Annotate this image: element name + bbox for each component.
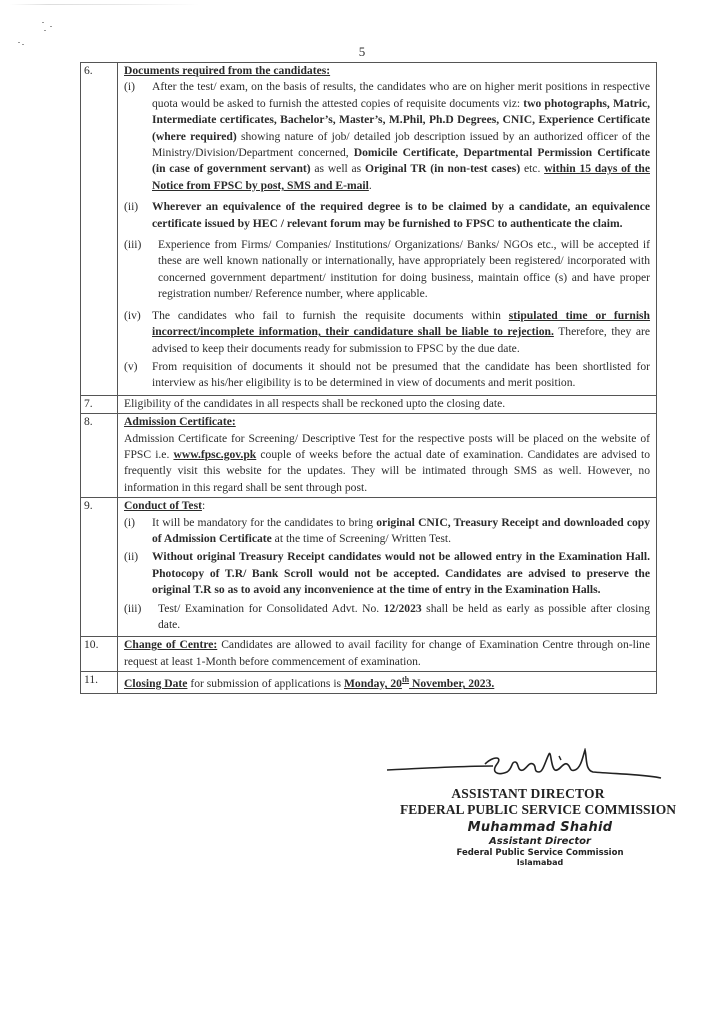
bold-text: Wherever an equivalence of the required … <box>152 200 650 229</box>
text: for submission of applications is <box>187 677 344 690</box>
item-text: Without original Treasury Receipt candid… <box>152 549 650 598</box>
item-numeral: (i) <box>124 79 152 194</box>
signatory-organization: FEDERAL PUBLIC SERVICE COMMISSION <box>382 802 694 818</box>
instructions-table: 6.Documents required from the candidates… <box>80 62 657 694</box>
item-numeral: (v) <box>124 359 152 392</box>
list-item: (ii)Without original Treasury Receipt ca… <box>124 549 650 598</box>
item-numeral: (iv) <box>124 308 152 357</box>
item-text: The candidates who fail to furnish the r… <box>152 308 650 357</box>
official-stamp: Muhammad Shahid Assistant Director Feder… <box>430 820 650 867</box>
underlined-bold-text: Closing Date <box>124 677 187 690</box>
row-content: Closing Date for submission of applicati… <box>118 672 657 694</box>
section-heading-text: Conduct of Test <box>124 499 202 512</box>
scan-artifact-line <box>10 4 200 5</box>
item-numeral: (i) <box>124 515 152 548</box>
text: Eligibility of the candidates in all res… <box>124 397 505 410</box>
row-number: 10. <box>81 637 118 672</box>
table-row: 9.Conduct of Test:(i) It will be mandato… <box>81 498 657 637</box>
row-content: Eligibility of the candidates in all res… <box>118 395 657 413</box>
list-item: (iii)Experience from Firms/ Companies/ I… <box>124 237 650 303</box>
underlined-bold-text: Change of Centre: <box>124 638 217 651</box>
table-row: 7.Eligibility of the candidates in all r… <box>81 395 657 413</box>
paragraph: Change of Centre: Candidates are allowed… <box>124 637 650 670</box>
underlined-bold-text: Monday, 20 <box>344 677 402 690</box>
text: Test/ Examination for Consolidated Advt.… <box>158 602 384 615</box>
underlined-bold-text: November, 2023. <box>409 677 494 690</box>
row-number: 11. <box>81 672 118 694</box>
section-heading-text: Documents required from the candidates: <box>124 64 330 77</box>
item-text: From requisition of documents it should … <box>152 359 650 392</box>
item-text: Experience from Firms/ Companies/ Instit… <box>158 237 650 303</box>
table-row: 10.Change of Centre: Candidates are allo… <box>81 637 657 672</box>
text: . <box>369 179 372 192</box>
stamp-city: Islamabad <box>430 858 650 867</box>
item-text: It will be mandatory for the candidates … <box>152 515 650 548</box>
list-item: (ii)Wherever an equivalence of the requi… <box>124 199 650 232</box>
text: Experience from Firms/ Companies/ Instit… <box>158 238 650 300</box>
row-content: Change of Centre: Candidates are allowed… <box>118 637 657 672</box>
website-link[interactable]: www.fpsc.gov.pk <box>173 448 256 461</box>
text: etc. <box>520 162 544 175</box>
signatory-title: ASSISTANT DIRECTOR <box>372 786 684 802</box>
table-row: 8.Admission Certificate:Admission Certif… <box>81 414 657 498</box>
stamp-organization: Federal Public Service Commission <box>430 848 650 858</box>
row-content: Conduct of Test:(i) It will be mandatory… <box>118 498 657 637</box>
page-number: 5 <box>0 44 724 60</box>
paragraph: Eligibility of the candidates in all res… <box>124 396 650 412</box>
text: as well as <box>311 162 365 175</box>
row-content: Admission Certificate:Admission Certific… <box>118 414 657 498</box>
bold-text: Original TR (in non-test cases) <box>365 162 520 175</box>
list-item: (i) It will be mandatory for the candida… <box>124 515 650 548</box>
section-heading: Admission Certificate: <box>124 414 650 430</box>
row-number: 8. <box>81 414 118 498</box>
row-number: 9. <box>81 498 118 637</box>
item-numeral: (ii) <box>124 199 152 232</box>
stamp-name: Muhammad Shahid <box>430 820 650 835</box>
paragraph: Admission Certificate for Screening/ Des… <box>124 431 650 497</box>
row-number: 6. <box>81 63 118 396</box>
item-numeral: (iii) <box>124 601 158 634</box>
table-row: 11.Closing Date for submission of applic… <box>81 672 657 694</box>
bold-text: Without original Treasury Receipt candid… <box>152 550 650 596</box>
row-number: 7. <box>81 395 118 413</box>
stamp-designation: Assistant Director <box>430 836 650 847</box>
item-text: Wherever an equivalence of the required … <box>152 199 650 232</box>
text: From requisition of documents it should … <box>152 360 650 389</box>
section-heading: Conduct of Test: <box>124 498 650 514</box>
list-item: (v)From requisition of documents it shou… <box>124 359 650 392</box>
bold-text: 12/2023 <box>384 602 422 615</box>
ordinal-suffix: th <box>402 675 409 684</box>
row-content: Documents required from the candidates:(… <box>118 63 657 396</box>
text: It will be mandatory for the candidates … <box>152 516 376 529</box>
section-heading-text: Admission Certificate: <box>124 415 236 428</box>
item-text: Test/ Examination for Consolidated Advt.… <box>158 601 650 634</box>
text: The candidates who fail to furnish the r… <box>152 309 509 322</box>
list-item: (iv)The candidates who fail to furnish t… <box>124 308 650 357</box>
paragraph: Closing Date for submission of applicati… <box>124 672 650 692</box>
item-numeral: (iii) <box>124 237 158 303</box>
text: at the time of Screening/ Written Test. <box>272 532 451 545</box>
table-row: 6.Documents required from the candidates… <box>81 63 657 396</box>
section-heading: Documents required from the candidates: <box>124 63 650 79</box>
heading-suffix: : <box>202 499 205 512</box>
list-item: (iii)Test/ Examination for Consolidated … <box>124 601 650 634</box>
handwritten-signature <box>385 748 665 784</box>
item-text: After the test/ exam, on the basis of re… <box>152 79 650 194</box>
item-numeral: (ii) <box>124 549 152 598</box>
list-item: (i) After the test/ exam, on the basis o… <box>124 79 650 194</box>
